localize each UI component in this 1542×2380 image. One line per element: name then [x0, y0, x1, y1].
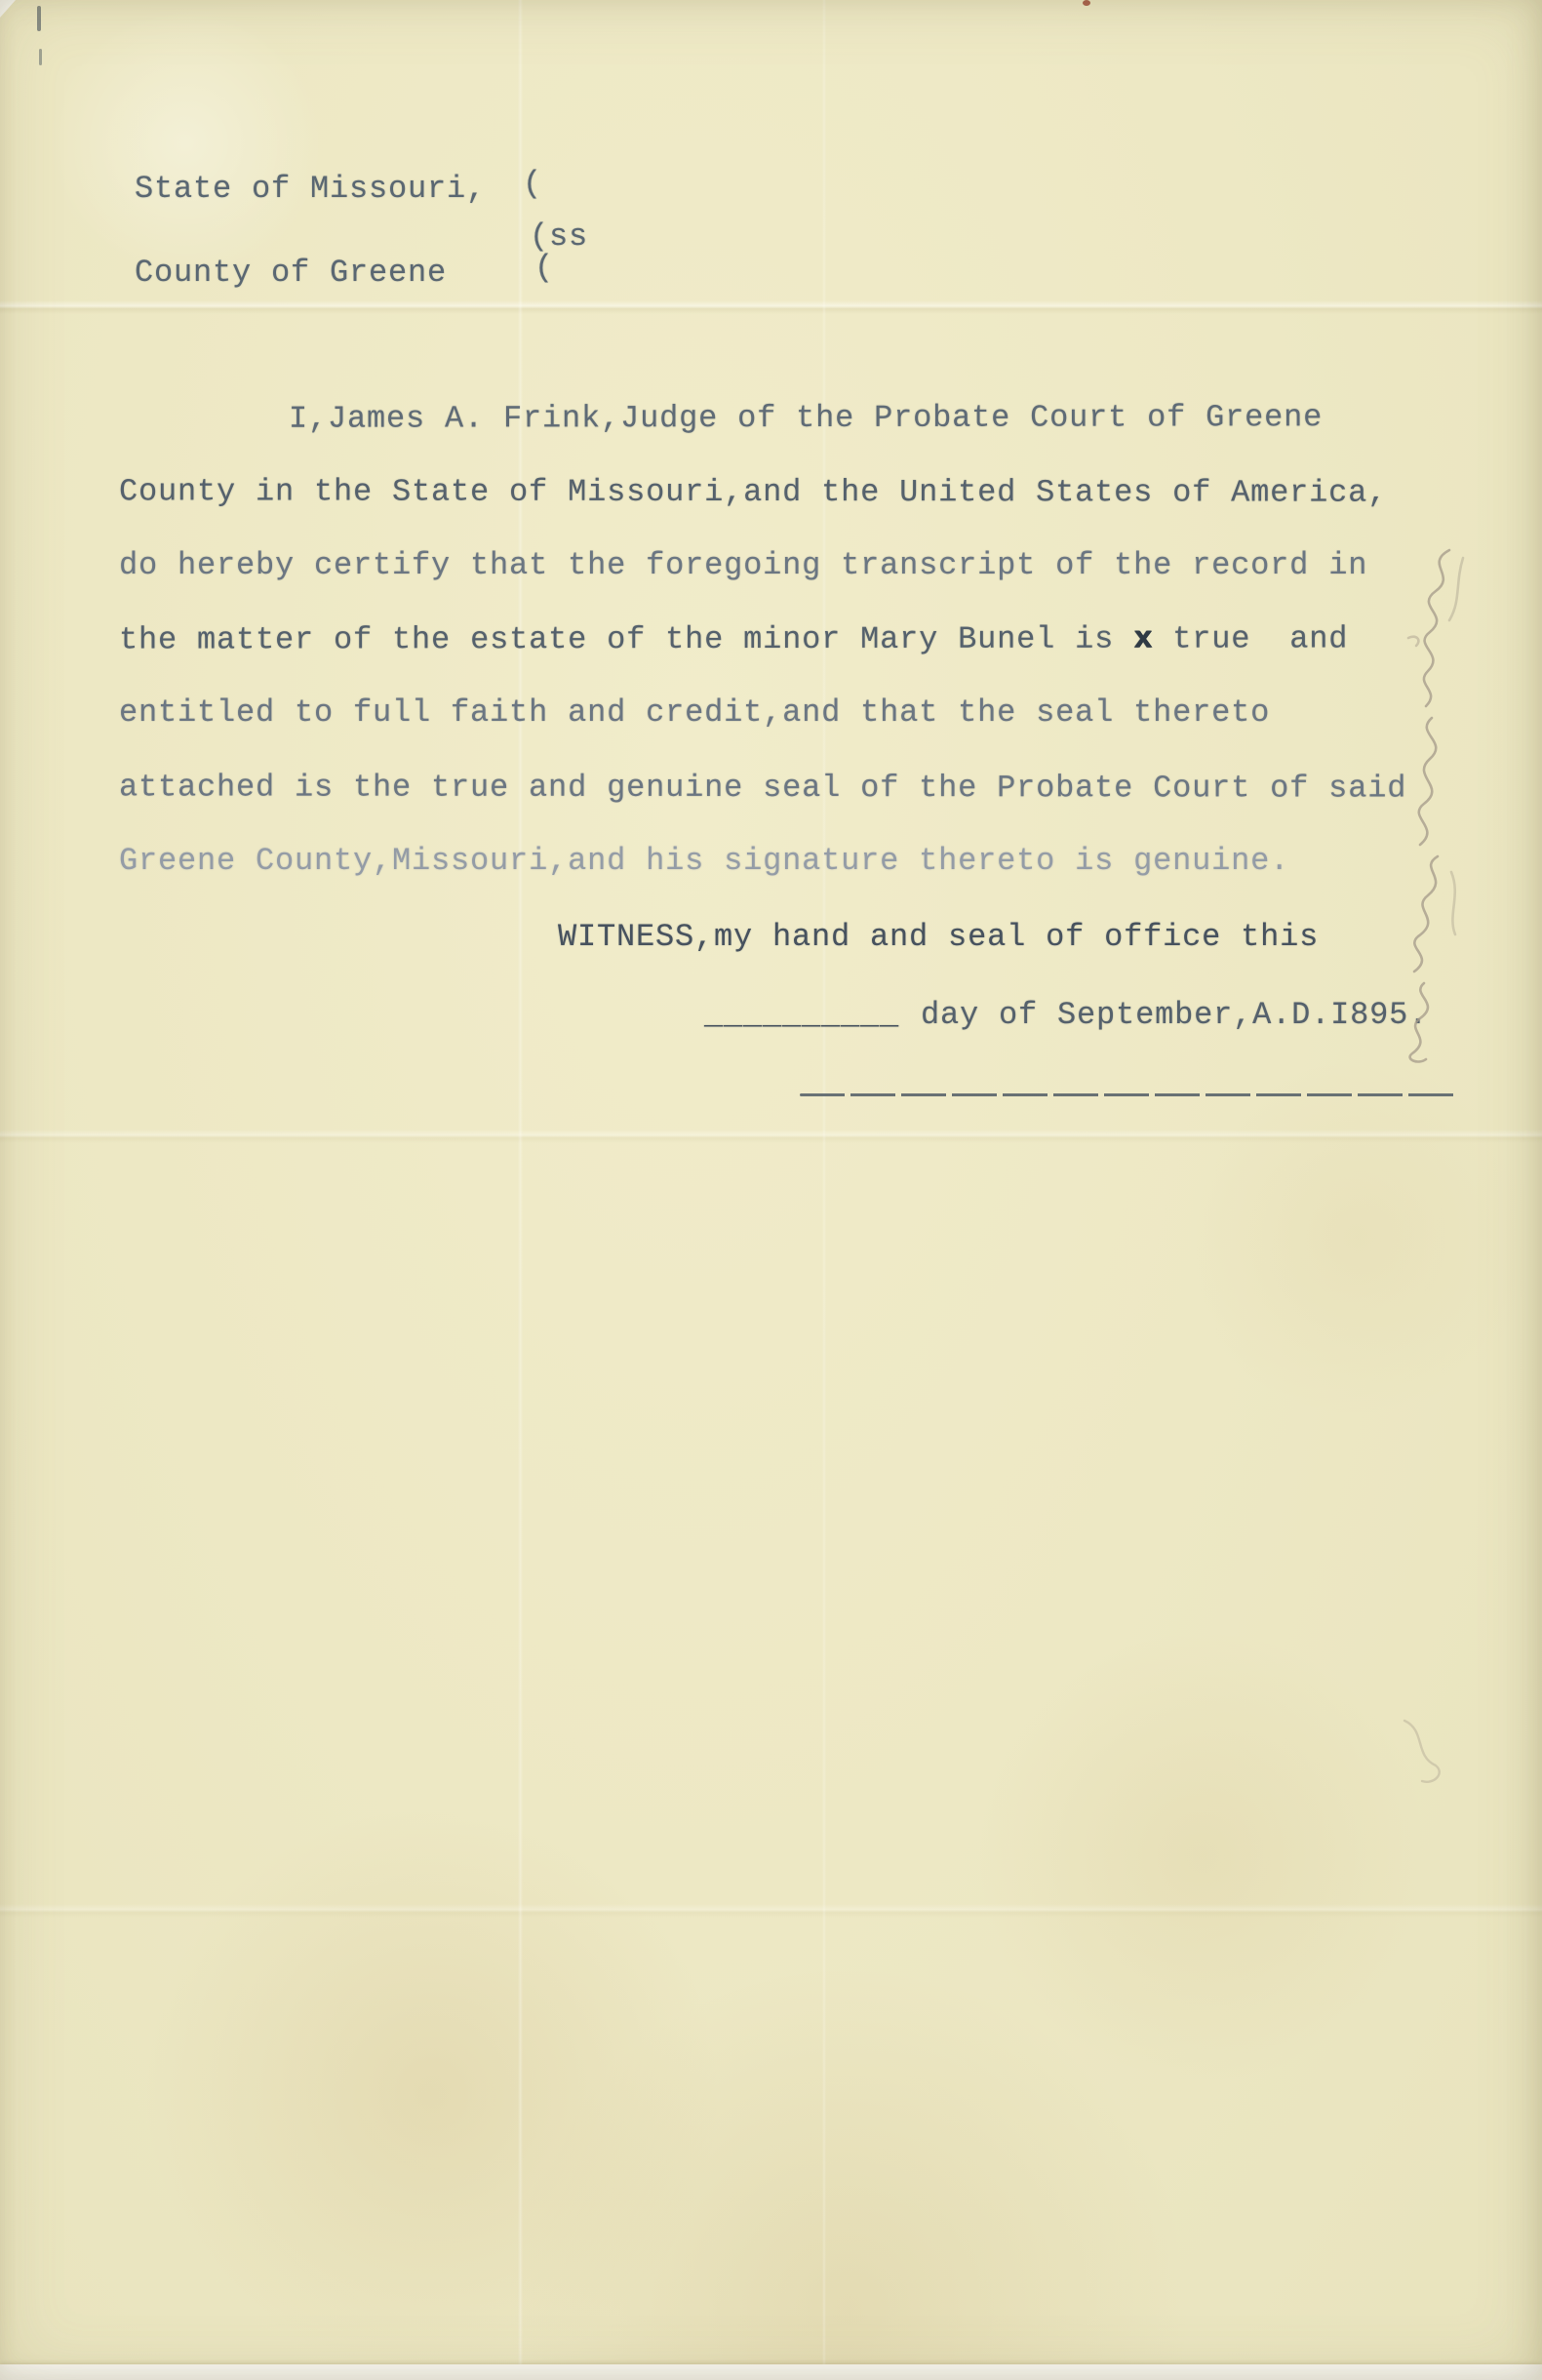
blank-day-field: __________ [704, 997, 899, 1033]
witness-line: WITNESS,my hand and seal of office this [558, 919, 1319, 955]
document-page: State of Missouri, ( (ss County of Green… [0, 0, 1542, 2380]
jurat-county-line: County of Greene [135, 255, 447, 291]
jurat-county-paren: ( [534, 250, 554, 286]
signature-line [800, 1093, 1455, 1096]
body-line-2: County in the State of Missouri,and the … [119, 473, 1387, 510]
paper-texture [0, 0, 1542, 2380]
edge-vignette [0, 0, 1542, 2380]
vertical-crease [518, 0, 523, 2380]
body-line-1: I,James A. Frink,Judge of the Probate Co… [289, 399, 1323, 436]
body-line-5: entitled to full faith and credit,and th… [119, 694, 1270, 731]
red-speck-artifact [1083, 0, 1090, 6]
body-line-6: attached is the true and genuine seal of… [119, 769, 1406, 806]
body-line-4: the matter of the estate of the minor Ma… [119, 620, 1348, 657]
vertical-crease [822, 0, 826, 2380]
pencil-handwriting [1354, 544, 1500, 1071]
edge-ink-mark [37, 6, 41, 31]
body-line-4-post: true and [1153, 620, 1348, 656]
horizontal-fold-line [0, 1130, 1542, 1143]
body-line-3: do hereby certify that the foregoing tra… [119, 547, 1367, 583]
jurat-state-paren: ( [523, 166, 542, 202]
body-line-7: Greene County,Missouri,and his signature… [119, 843, 1289, 879]
strikeover-character: x [1133, 621, 1153, 657]
body-line-4-pre: the matter of the estate of the minor Ma… [119, 621, 1133, 658]
date-text: day of September,A.D.I895. [921, 997, 1428, 1033]
horizontal-fold-line [0, 300, 1542, 314]
scan-bottom-edge [0, 2364, 1542, 2380]
scan-corner-artifact [0, 0, 16, 18]
jurat-state-line: State of Missouri, [135, 171, 486, 207]
horizontal-fold-line [0, 1904, 1542, 1918]
date-line: __________day of September,A.D.I895. [704, 997, 1428, 1033]
edge-ink-mark [39, 49, 42, 65]
pencil-smudge [1387, 1713, 1455, 1791]
